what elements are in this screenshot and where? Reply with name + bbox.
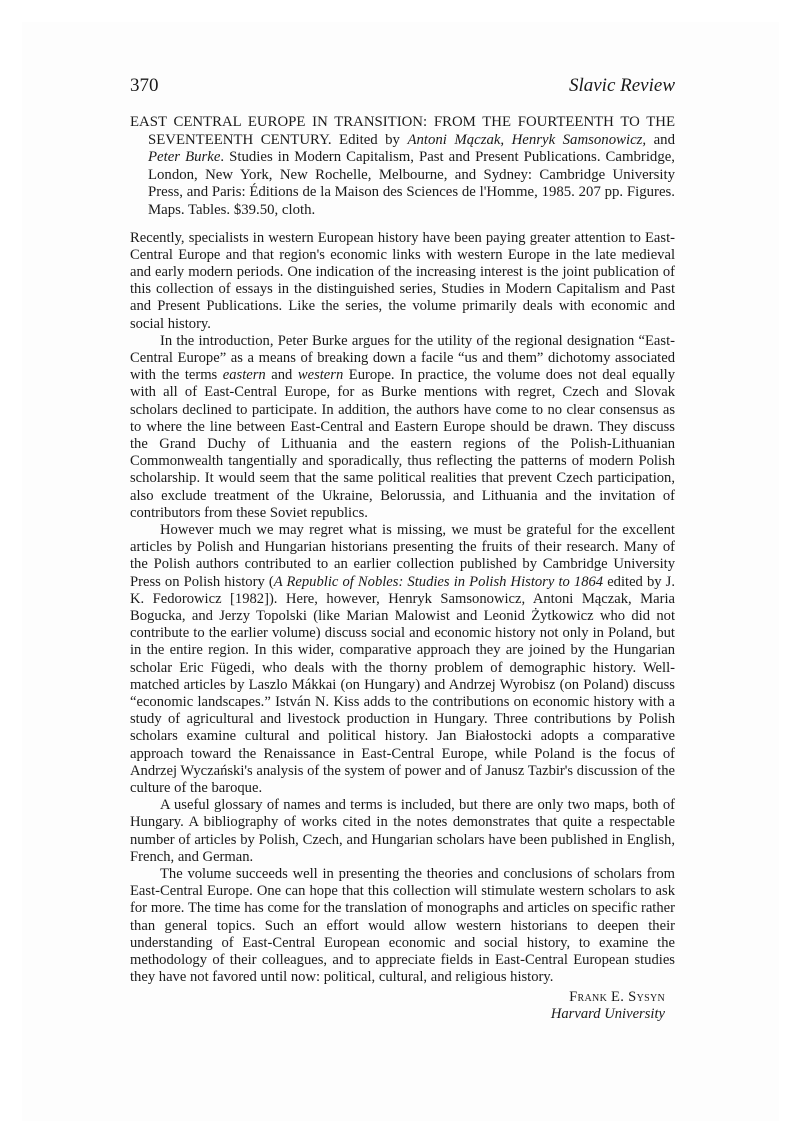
paragraph-2-text-b: Europe. In practice, the volume does not… <box>130 367 675 521</box>
reviewer-name: Frank E. Sysyn <box>130 989 665 1006</box>
editors: Antoni Mączak, Henryk Samsonowicz, <box>407 132 646 148</box>
paragraph-5: The volume succeeds well in presenting t… <box>130 866 675 986</box>
book-citation: EAST CENTRAL EUROPE IN TRANSITION: FROM … <box>130 114 675 220</box>
running-head: 370 Slavic Review <box>130 75 675 97</box>
publication-details: . Studies in Modern Capitalism, Past and… <box>148 149 675 218</box>
reviewer-signature: Frank E. Sysyn Harvard University <box>130 989 675 1023</box>
paragraph-3: However much we may regret what is missi… <box>130 522 675 797</box>
paragraph-3-text-b: edited by J. K. Fedorowicz [1982]). Here… <box>130 574 675 796</box>
review-body: Recently, specialists in western Europea… <box>130 230 675 987</box>
and-label: and <box>646 132 675 148</box>
cited-book-title: A Republic of Nobles: Studies in Polish … <box>274 574 603 590</box>
page-number: 370 <box>130 75 159 97</box>
paragraph-1: Recently, specialists in western Europea… <box>130 230 675 333</box>
journal-title: Slavic Review <box>569 75 675 97</box>
term-eastern: eastern <box>223 367 266 383</box>
editor-last: Peter Burke <box>148 149 220 165</box>
paragraph-4: A useful glossary of names and terms is … <box>130 797 675 866</box>
journal-page: 370 Slavic Review EAST CENTRAL EUROPE IN… <box>130 75 675 1023</box>
edited-by-label: Edited by <box>332 132 408 148</box>
paragraph-2: In the introduction, Peter Burke argues … <box>130 333 675 522</box>
paragraph-2-and: and <box>266 367 298 383</box>
term-western: western <box>298 367 343 383</box>
reviewer-affiliation: Harvard University <box>130 1006 665 1023</box>
